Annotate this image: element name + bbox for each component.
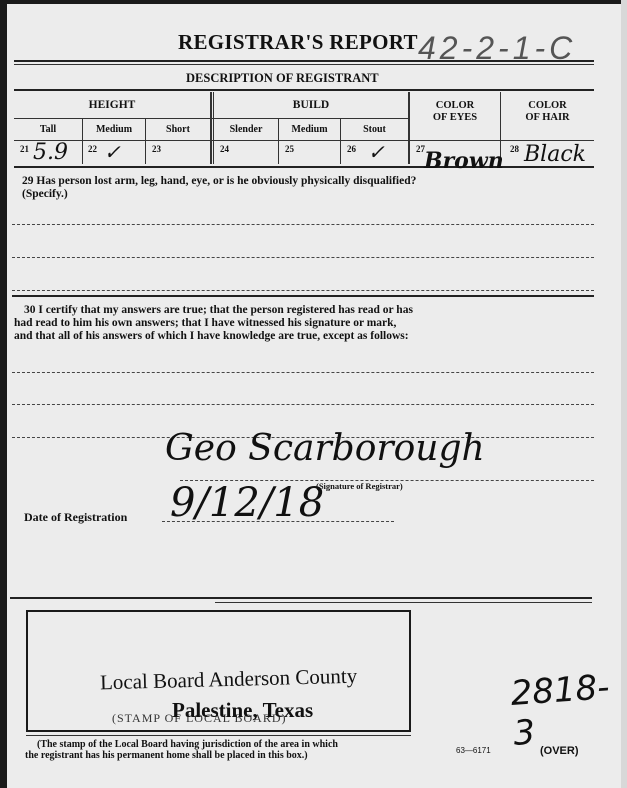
- col-tall-label: Tall: [14, 124, 82, 135]
- question-30: 30 I certify that my answers are true; t…: [14, 304, 604, 343]
- section-subtitle: DESCRIPTION OF REGISTRANT: [186, 71, 379, 86]
- question-29: 29 Has person lost arm, leg, hand, eye, …: [22, 175, 602, 201]
- col-short-label: Short: [146, 124, 210, 135]
- q30-answer-line: [12, 372, 594, 373]
- registration-date-value: 9/12/18: [170, 480, 324, 526]
- build-header: BUILD: [214, 99, 408, 111]
- bottom-rule: [10, 597, 592, 599]
- hair-header: COLOR OF HAIR: [501, 100, 594, 124]
- q29-answer-line: [12, 290, 594, 291]
- certificate-number: 2818-3: [509, 666, 627, 754]
- table-top-rule: [14, 89, 594, 91]
- stamp-note: (The stamp of the Local Board having jur…: [25, 739, 338, 761]
- field-number: 24: [220, 144, 229, 154]
- build-stout-check: ✓: [368, 140, 385, 164]
- eyes-header: COLOR OF EYES: [410, 100, 500, 124]
- col-stout-label: Stout: [341, 124, 408, 135]
- field-number: 26: [347, 144, 356, 154]
- label-rule: [14, 140, 594, 141]
- col-medium-build-label: Medium: [279, 124, 340, 135]
- height-medium-check: ✓: [104, 140, 121, 164]
- field-number: 21: [20, 144, 29, 154]
- field-number: 23: [152, 144, 161, 154]
- title-rule-thin: [14, 64, 594, 65]
- q29-answer-line: [12, 257, 594, 258]
- field-number: 22: [88, 144, 97, 154]
- group-rule: [14, 118, 408, 119]
- divider: [210, 92, 212, 164]
- q30-answer-line: [12, 404, 594, 405]
- over-label: (OVER): [540, 745, 579, 757]
- q29-answer-line: [12, 224, 594, 225]
- stamp-location: Palestine, Texas: [172, 698, 313, 723]
- document-title: REGISTRAR'S REPORT: [178, 30, 418, 55]
- height-header: HEIGHT: [14, 99, 210, 111]
- height-tall-value: 5.9: [33, 140, 68, 165]
- eye-color-value: Brown: [424, 148, 504, 174]
- registrar-signature: Geo Scarborough: [165, 428, 485, 469]
- bottom-rule-thin: [215, 602, 592, 603]
- field-number: 25: [285, 144, 294, 154]
- col-slender-label: Slender: [214, 124, 278, 135]
- hair-color-value: Black: [524, 142, 586, 167]
- form-number: 63—6171: [456, 746, 491, 755]
- stamp-underline: [26, 735, 411, 736]
- title-rule: [14, 60, 594, 62]
- table-bottom-rule: [14, 166, 594, 168]
- col-medium-height-label: Medium: [83, 124, 145, 135]
- signature-caption: (Signature of Registrar): [316, 481, 403, 491]
- section-rule: [12, 295, 594, 297]
- field-number: 28: [510, 144, 519, 154]
- registration-date-label: Date of Registration: [24, 510, 127, 525]
